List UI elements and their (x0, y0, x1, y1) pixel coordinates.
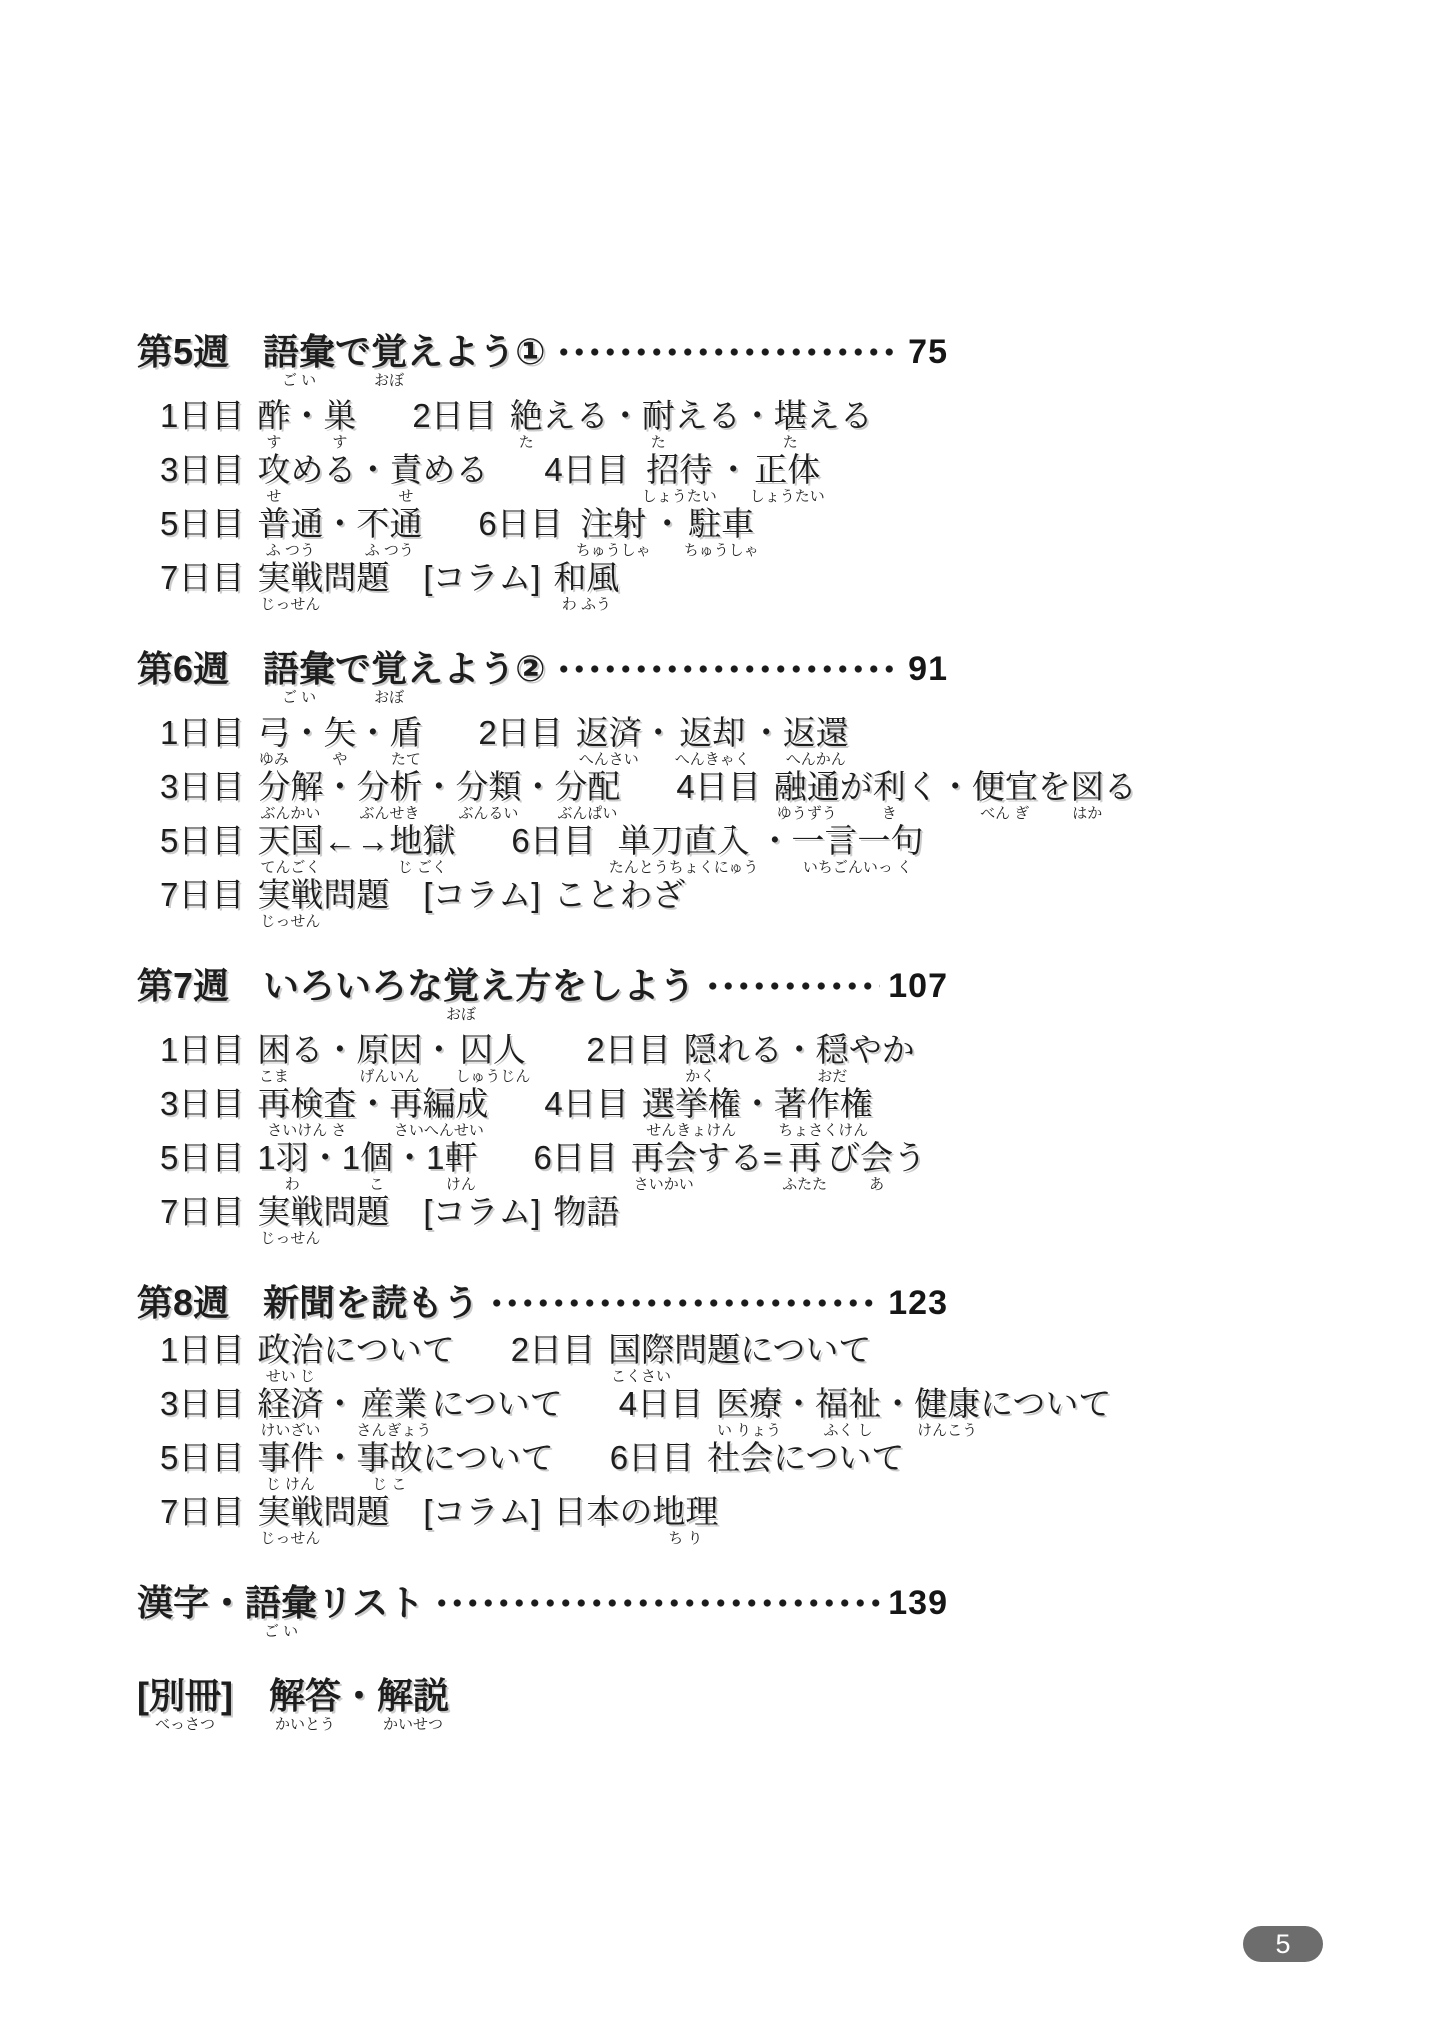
text-segment: れる・ (717, 1032, 816, 1067)
segment-base-text: 新聞を読もう (263, 1284, 479, 1322)
segment-reading: さいかい (634, 1177, 694, 1192)
segment-reading: かいとう (275, 1717, 335, 1732)
segment-base-text: 覚 (371, 650, 407, 688)
toc-row: 1日目 政治せい じについて 2日目 国際こくさい問題について (160, 1332, 1347, 1384)
text-segment: を (1038, 769, 1071, 804)
segment-base-text: れる・ (717, 1032, 816, 1067)
text-segment: について (431, 1386, 562, 1421)
entry-text: 実戦じっせん問題 (257, 877, 389, 929)
text-segment: 原因げんいん (356, 1032, 422, 1084)
segment-base-text: 返済 (576, 715, 642, 750)
segment-base-text: ・ (323, 506, 356, 541)
week-label: 第7週 (137, 967, 229, 1005)
entry-text: 天国てんごく←→地獄じ ごく (257, 823, 455, 875)
text-segment: が (840, 769, 873, 804)
segment-base-text: 再 (788, 1140, 821, 1175)
segment-base-text: 普通 (257, 506, 323, 541)
entry-text: 酢す・巣す (257, 398, 356, 450)
segment-base-text: 産業 (361, 1386, 427, 1421)
segment-reading: けん (446, 1177, 476, 1192)
segment-base-text: 地理 (652, 1494, 718, 1529)
segment-base-text: 不通 (356, 506, 422, 541)
segment-base-text: 語彙 (263, 650, 335, 688)
segment-base-text: ・ (717, 452, 750, 487)
text-segment: ・ (323, 769, 356, 804)
segment-base-text: 巣 (323, 398, 356, 433)
toc-row: 5日目 普通ふ つう・不通ふ つう 6日目 注射ちゅうしゃ・駐車ちゅうしゃ (160, 506, 1347, 558)
segment-base-text: ことわざ (553, 877, 685, 912)
segment-reading: いちごんいっ く (803, 860, 912, 875)
entry-text: 攻せめる・責せめる (257, 452, 488, 504)
day-label: 2日目 (412, 398, 496, 433)
segment-reading: す (332, 435, 347, 450)
text-segment: める (422, 452, 488, 487)
toc-entry: 2日目 国際こくさい問題について (511, 1332, 872, 1384)
text-segment: する= (697, 1140, 782, 1175)
text-segment: 天国てんごく (257, 823, 323, 875)
text-segment: 返済へんさい (576, 715, 642, 767)
text-segment: 選挙権せんきょけん (642, 1086, 741, 1138)
entry-text: 再会さいかいする=再ふたたび会あう (631, 1140, 926, 1192)
day-label: 1日目 (160, 1332, 244, 1367)
entry-text: 和風わ ふう (553, 560, 619, 612)
segment-reading: じっせん (260, 597, 320, 612)
text-segment: ・ (750, 715, 783, 750)
text-segment: 分類ぶんるい (455, 769, 521, 821)
entry-text: 1羽わ・1個こ・1軒けん (257, 1140, 477, 1192)
text-segment: について (980, 1386, 1111, 1421)
toc-section-header: 第8週 新聞を読もう 123 (137, 1284, 948, 1322)
text-segment: ・ (741, 1086, 774, 1121)
text-segment: やか (849, 1032, 915, 1067)
text-segment: 駐車ちゅうしゃ (684, 506, 759, 558)
day-label: 7日目 (160, 877, 244, 912)
toc-entry: [コラム] 日本の地理ち り (423, 1494, 718, 1546)
segment-base-text: める (422, 452, 488, 487)
text-segment: 産業さんぎょう (356, 1386, 431, 1438)
section-rows: 1日目 政治せい じについて 2日目 国際こくさい問題について 3日目 経済けい… (160, 1332, 1347, 1546)
text-segment: 攻せ (257, 452, 290, 504)
toc-row: 1日目 酢す・巣す 2日目 絶たえる・耐たえる・堪たえる (160, 398, 1347, 450)
toc-entry: 3日目 分解ぶんかい・分析ぶんせき・分類ぶんるい・分配ぶんぱい (160, 769, 620, 821)
toc-section: 第7週 いろいろな覚おぼえ方をしよう 107 1日目 困こまる・原因げんいん・囚… (137, 967, 1347, 1246)
segment-base-text: る・ (290, 1032, 356, 1067)
text-segment: ・1 (309, 1140, 360, 1175)
segment-base-text: ・ (341, 1677, 377, 1715)
text-segment: 和風わ ふう (553, 560, 619, 612)
segment-base-text: ・ (521, 769, 554, 804)
toc-row: 5日目 事件じ けん・事故じ こについて 6日目 社会について (160, 1440, 1347, 1492)
text-segment: ・1 (393, 1140, 444, 1175)
segment-base-text: 招待 (646, 452, 712, 487)
column-label: [コラム] (423, 560, 540, 595)
day-label: 4日目 (676, 769, 760, 804)
text-segment: 融通ゆうずう (774, 769, 840, 821)
toc-entry: 5日目 1羽わ・1個こ・1軒けん (160, 1140, 477, 1192)
segment-reading: こくさい (611, 1369, 671, 1384)
day-label: 2日目 (511, 1332, 595, 1367)
segment-base-text: 問題 (323, 1494, 389, 1529)
segment-base-text: 語彙 (263, 333, 335, 371)
toc-entry: 4日目 融通ゆうずうが利きく・便宜べん ぎを図はかる (676, 769, 1136, 821)
section-page-number: 91 (908, 650, 948, 688)
text-segment: 再検査さいけん さ (257, 1086, 356, 1138)
day-label: 5日目 (160, 1440, 244, 1475)
text-segment: 日本の (553, 1494, 652, 1529)
section-title: 新聞を読もう (263, 1284, 479, 1322)
section-title: いろいろな覚おぼえ方をしよう (263, 967, 695, 1022)
text-segment: 困こま (257, 1032, 290, 1084)
week-label: 第8週 (137, 1284, 229, 1322)
segment-reading: てんごく (260, 860, 320, 875)
entry-text: 政治せい じについて (257, 1332, 454, 1384)
text-segment: 問題について (674, 1332, 871, 1367)
text-segment: 覚おぼ (371, 650, 407, 705)
segment-base-text: やか (849, 1032, 915, 1067)
section-title: 語彙ご いで覚おぼえよう② (263, 650, 546, 705)
segment-base-text: ・ (290, 398, 323, 433)
entry-text: 日本の地理ち り (553, 1494, 718, 1546)
segment-base-text: が (840, 769, 873, 804)
text-segment: 再編成さいへんせい (389, 1086, 488, 1138)
text-segment: いろいろな (263, 967, 443, 1005)
text-segment (233, 1677, 269, 1715)
week-label: 第5週 (137, 333, 229, 371)
segment-base-text: について (431, 1386, 562, 1421)
segment-reading: ゆみ (259, 752, 289, 767)
toc-entry: 4日目 選挙権せんきょけん・著作権ちょさくけん (544, 1086, 872, 1138)
text-segment: 物語 (553, 1194, 619, 1229)
text-segment: えよう② (407, 650, 545, 688)
text-segment: ・ (341, 1677, 377, 1715)
segment-base-text: 物語 (553, 1194, 619, 1229)
segment-base-text: ←→ (323, 823, 389, 858)
text-segment: 個こ (360, 1140, 393, 1192)
segment-reading: さいへんせい (394, 1123, 484, 1138)
segment-reading: せんきょけん (646, 1123, 736, 1138)
text-segment: ・ (290, 398, 323, 433)
text-segment: める・ (290, 452, 389, 487)
section-rows: 1日目 酢す・巣す 2日目 絶たえる・耐たえる・堪たえる 3日目 攻せめる・責せ… (160, 398, 1347, 612)
day-label: 1日目 (160, 1032, 244, 1067)
toc-page: 第5週 語彙ご いで覚おぼえよう① 75 1日目 酢す・巣す 2日目 絶たえる・… (0, 0, 1434, 2024)
segment-base-text: 問題 (323, 1194, 389, 1229)
segment-base-text: える (807, 398, 873, 433)
segment-base-text: 再編成 (389, 1086, 488, 1121)
segment-base-text: 解説 (377, 1677, 449, 1715)
text-segment: 事故じ こ (356, 1440, 422, 1492)
text-segment: ・ (356, 715, 389, 750)
segment-reading: こま (259, 1069, 289, 1084)
text-segment: 1 (257, 1140, 275, 1175)
day-label: 1日目 (160, 398, 244, 433)
segment-reading: た (519, 435, 534, 450)
text-segment: 経済けいざい (257, 1386, 323, 1438)
toc-entry: 5日目 事件じ けん・事故じ こについて (160, 1440, 554, 1492)
toc-entry: 7日目 実戦じっせん問題 (160, 1194, 389, 1246)
segment-base-text: 返還 (783, 715, 849, 750)
text-segment: 地獄じ ごく (389, 823, 455, 875)
day-label: 5日目 (160, 823, 244, 858)
text-segment: 普通ふ つう (257, 506, 323, 558)
entry-text: 物語 (553, 1194, 619, 1229)
toc-entry: 4日目 招待しょうたい・正体しょうたい (544, 452, 824, 504)
toc-section: 漢字・語彙ご いリスト 139 (137, 1584, 1347, 1639)
toc-entry: 3日目 再検査さいけん さ・再編成さいへんせい (160, 1086, 488, 1138)
toc-entry: 1日目 困こまる・原因げんいん・囚人しゅうじん (160, 1032, 530, 1084)
segment-base-text: 実戦 (257, 1194, 323, 1229)
segment-base-text: 福祉 (815, 1386, 881, 1421)
text-segment: 絶た (510, 398, 543, 450)
section-page-number: 123 (888, 1284, 948, 1322)
segment-reading: おだ (817, 1069, 847, 1084)
week-label: 第6週 (137, 650, 229, 688)
segment-base-text: く・ (906, 769, 972, 804)
segment-base-text: 語彙 (245, 1584, 317, 1622)
segment-base-text: 穏 (816, 1032, 849, 1067)
segment-base-text: で (335, 333, 371, 371)
text-segment: 弓ゆみ (257, 715, 290, 767)
segment-base-text: ・ (881, 1386, 914, 1421)
segment-base-text: 会 (860, 1140, 893, 1175)
text-segment: び (827, 1140, 860, 1175)
segment-base-text: 天国 (257, 823, 323, 858)
section-page-number: 75 (908, 333, 948, 371)
segment-base-text: を (1038, 769, 1071, 804)
entry-text: 実戦じっせん問題 (257, 1494, 389, 1546)
segment-base-text: 医療 (716, 1386, 782, 1421)
text-segment: リスト (317, 1584, 424, 1622)
segment-reading: こ (369, 1177, 384, 1192)
segment-base-text (233, 1677, 269, 1715)
text-segment: 事件じ けん (257, 1440, 323, 1492)
text-segment: 巣す (323, 398, 356, 450)
segment-reading: さんぎょう (356, 1423, 431, 1438)
segment-base-text: び (827, 1140, 860, 1175)
segment-base-text: える・ (543, 398, 642, 433)
text-segment: 新聞を読もう (263, 1284, 479, 1322)
segment-base-text: 軒 (444, 1140, 477, 1175)
text-segment: える・ (675, 398, 774, 433)
text-segment: ・ (290, 715, 323, 750)
text-segment: 実戦じっせん (257, 1194, 323, 1246)
page-number-badge: 5 (1243, 1926, 1323, 1962)
text-segment: 国際こくさい (608, 1332, 674, 1384)
text-segment: 語彙ご い (263, 650, 335, 705)
segment-reading: じ ごく (398, 860, 447, 875)
segment-reading: や (332, 752, 347, 767)
text-segment: 注射ちゅうしゃ (576, 506, 651, 558)
text-segment: 実戦じっせん (257, 877, 323, 929)
toc-row: 5日目 1羽わ・1個こ・1軒けん 6日目 再会さいかいする=再ふたたび会あう (160, 1140, 1347, 1192)
text-segment: 語彙ご い (263, 333, 335, 388)
segment-base-text: ・ (782, 1386, 815, 1421)
segment-base-text: 1 (257, 1140, 275, 1175)
entry-text: 隠かくれる・穏おだやか (684, 1032, 915, 1084)
toc-entry: 1日目 酢す・巣す (160, 398, 356, 450)
text-segment: 招待しょうたい (642, 452, 717, 504)
segment-reading: へんきゃく (675, 752, 750, 767)
segment-reading: ふ つう (365, 543, 414, 558)
toc-row: 7日目 実戦じっせん問題 [コラム] 和風わ ふう (160, 560, 1347, 612)
toc-row: 5日目 天国てんごく←→地獄じ ごく 6日目 単刀直入たんとうちょくにゅう・一言… (160, 823, 1347, 875)
segment-base-text: ・ (356, 715, 389, 750)
toc-entry: 7日目 実戦じっせん問題 (160, 1494, 389, 1546)
segment-reading: わ (285, 1177, 300, 1192)
entry-text: 医療い りょう・福祉ふく し・健康けんこうについて (716, 1386, 1111, 1438)
segment-reading: べん ぎ (980, 806, 1029, 821)
text-segment: ・ (323, 1440, 356, 1475)
day-label: 6日目 (511, 823, 595, 858)
text-segment: 社会について (707, 1440, 904, 1475)
segment-base-text: 弓 (257, 715, 290, 750)
segment-base-text: 実戦 (257, 560, 323, 595)
text-segment: 著作権ちょさくけん (774, 1086, 873, 1138)
day-label: 3日目 (160, 1086, 244, 1121)
day-label: 7日目 (160, 560, 244, 595)
section-page-number: 107 (888, 967, 948, 1005)
text-segment: ・ (881, 1386, 914, 1421)
toc-entry: 4日目 医療い りょう・福祉ふく し・健康けんこうについて (619, 1386, 1112, 1438)
segment-reading: たんとうちょくにゅう (609, 860, 759, 875)
toc-section: [別冊]べっさつ 解答かいとう・解説かいせつ (137, 1677, 1347, 1732)
segment-base-text: 個 (360, 1140, 393, 1175)
segment-base-text: ・ (422, 769, 455, 804)
segment-base-text: 分類 (455, 769, 521, 804)
segment-reading: す (266, 435, 281, 450)
toc-section: 第8週 新聞を読もう 123 1日目 政治せい じについて 2日目 国際こくさい… (137, 1284, 1347, 1546)
text-segment: ・ (422, 769, 455, 804)
toc-row: 3日目 再検査さいけん さ・再編成さいへんせい 4日目 選挙権せんきょけん・著作… (160, 1086, 1347, 1138)
segment-reading: たて (391, 752, 421, 767)
segment-base-text: える・ (675, 398, 774, 433)
segment-base-text: 政治 (257, 1332, 323, 1367)
segment-base-text: 再検査 (257, 1086, 356, 1121)
segment-base-text: 盾 (389, 715, 422, 750)
segment-base-text: 日本の (553, 1494, 652, 1529)
toc-row: 3日目 経済けいざい・産業さんぎょうについて 4日目 医療い りょう・福祉ふく … (160, 1386, 1347, 1438)
text-segment: 解答かいとう (269, 1677, 341, 1732)
text-segment: ・ (758, 823, 791, 858)
text-segment: 不通ふ つう (356, 506, 422, 558)
text-segment: について (422, 1440, 553, 1475)
entry-text: ことわざ (553, 877, 685, 912)
segment-reading: おぼ (374, 690, 404, 705)
segment-reading: けんこう (917, 1423, 977, 1438)
toc-row: 3日目 分解ぶんかい・分析ぶんせき・分類ぶんるい・分配ぶんぱい 4日目 融通ゆう… (160, 769, 1347, 821)
text-segment: 責せ (389, 452, 422, 504)
segment-reading: せ (266, 489, 281, 504)
entry-text: 絶たえる・耐たえる・堪たえる (510, 398, 873, 450)
segment-base-text: 分解 (257, 769, 323, 804)
text-segment: く・ (906, 769, 972, 804)
text-segment: 実戦じっせん (257, 1494, 323, 1546)
text-segment: 隠かく (684, 1032, 717, 1084)
toc-section-header: 第7週 いろいろな覚おぼえ方をしよう 107 (137, 967, 948, 1022)
segment-reading: おぼ (374, 373, 404, 388)
toc-entry: [コラム] 物語 (423, 1194, 619, 1229)
segment-base-text: ・ (642, 715, 675, 750)
segment-base-text: ・ (323, 1386, 356, 1421)
segment-reading: へんさい (579, 752, 639, 767)
day-label: 5日目 (160, 506, 244, 541)
toc-row: 3日目 攻せめる・責せめる 4日目 招待しょうたい・正体しょうたい (160, 452, 1347, 504)
segment-base-text: 耐 (642, 398, 675, 433)
dotted-leader (556, 650, 901, 688)
segment-base-text: 隠 (684, 1032, 717, 1067)
text-segment: 語彙ご い (245, 1584, 317, 1639)
segment-base-text: 覚 (443, 967, 479, 1005)
text-segment: 囚人しゅうじん (455, 1032, 530, 1084)
text-segment: 矢や (323, 715, 356, 767)
segment-reading: げんいん (359, 1069, 419, 1084)
segment-reading: ふ つう (266, 543, 315, 558)
entry-text: 招待しょうたい・正体しょうたい (642, 452, 825, 504)
segment-base-text: について (422, 1440, 553, 1475)
segment-base-text: る (1104, 769, 1137, 804)
segment-base-text: 返却 (679, 715, 745, 750)
toc-entry: 3日目 攻せめる・責せめる (160, 452, 488, 504)
text-segment: ・ (651, 506, 684, 541)
segment-reading: ちゅうしゃ (684, 543, 759, 558)
text-segment: 一言一句いちごんいっ く (791, 823, 923, 875)
segment-base-text: 問題 (323, 560, 389, 595)
text-segment: 軒けん (444, 1140, 477, 1192)
text-segment: 分解ぶんかい (257, 769, 323, 821)
segment-base-text: 融通 (774, 769, 840, 804)
toc-entry: 1日目 政治せい じについて (160, 1332, 455, 1384)
toc-entry: 1日目 弓ゆみ・矢や・盾たて (160, 715, 422, 767)
toc-section-header: 第5週 語彙ご いで覚おぼえよう① 75 (137, 333, 948, 388)
text-segment: 図はか (1071, 769, 1104, 821)
segment-reading: ちょさくけん (778, 1123, 868, 1138)
dotted-leader (705, 967, 880, 1005)
segment-base-text: 和風 (553, 560, 619, 595)
toc-entry: 5日目 天国てんごく←→地獄じ ごく (160, 823, 455, 875)
segment-base-text: 覚 (371, 333, 407, 371)
text-segment: 穏おだ (816, 1032, 849, 1084)
text-segment: 盾たて (389, 715, 422, 767)
text-segment: 実戦じっせん (257, 560, 323, 612)
day-label: 7日目 (160, 1194, 244, 1229)
day-label: 6日目 (478, 506, 562, 541)
segment-reading: せ (398, 489, 413, 504)
dotted-leader (489, 1284, 880, 1322)
text-segment: 問題 (323, 1494, 389, 1529)
entry-text: 融通ゆうずうが利きく・便宜べん ぎを図はかる (774, 769, 1137, 821)
segment-base-text: えよう① (407, 333, 545, 371)
segment-reading: き (882, 806, 897, 821)
toc-section-header: 漢字・語彙ご いリスト 139 (137, 1584, 948, 1639)
toc-section-header: [別冊]べっさつ 解答かいとう・解説かいせつ (137, 1677, 948, 1732)
text-segment: 問題 (323, 877, 389, 912)
section-rows: 1日目 困こまる・原因げんいん・囚人しゅうじん 2日目 隠かくれる・穏おだやか … (160, 1032, 1347, 1246)
column-label: [コラム] (423, 1194, 540, 1229)
segment-reading: けいざい (260, 1423, 320, 1438)
segment-base-text: 絶 (510, 398, 543, 433)
text-segment: 覚おぼ (443, 967, 479, 1022)
text-segment: ・ (717, 452, 750, 487)
segment-base-text: えよう② (407, 650, 545, 688)
toc-row: 7日目 実戦じっせん問題 [コラム] 日本の地理ち り (160, 1494, 1347, 1546)
text-segment: ・ (422, 1032, 455, 1067)
toc-entry: 6日目 単刀直入たんとうちょくにゅう・一言一句いちごんいっ く (511, 823, 923, 875)
segment-reading: しょうたい (750, 489, 825, 504)
segment-base-text: 問題 (323, 877, 389, 912)
day-label: 6日目 (610, 1440, 694, 1475)
segment-base-text: 羽 (276, 1140, 309, 1175)
text-segment: 分析ぶんせき (356, 769, 422, 821)
